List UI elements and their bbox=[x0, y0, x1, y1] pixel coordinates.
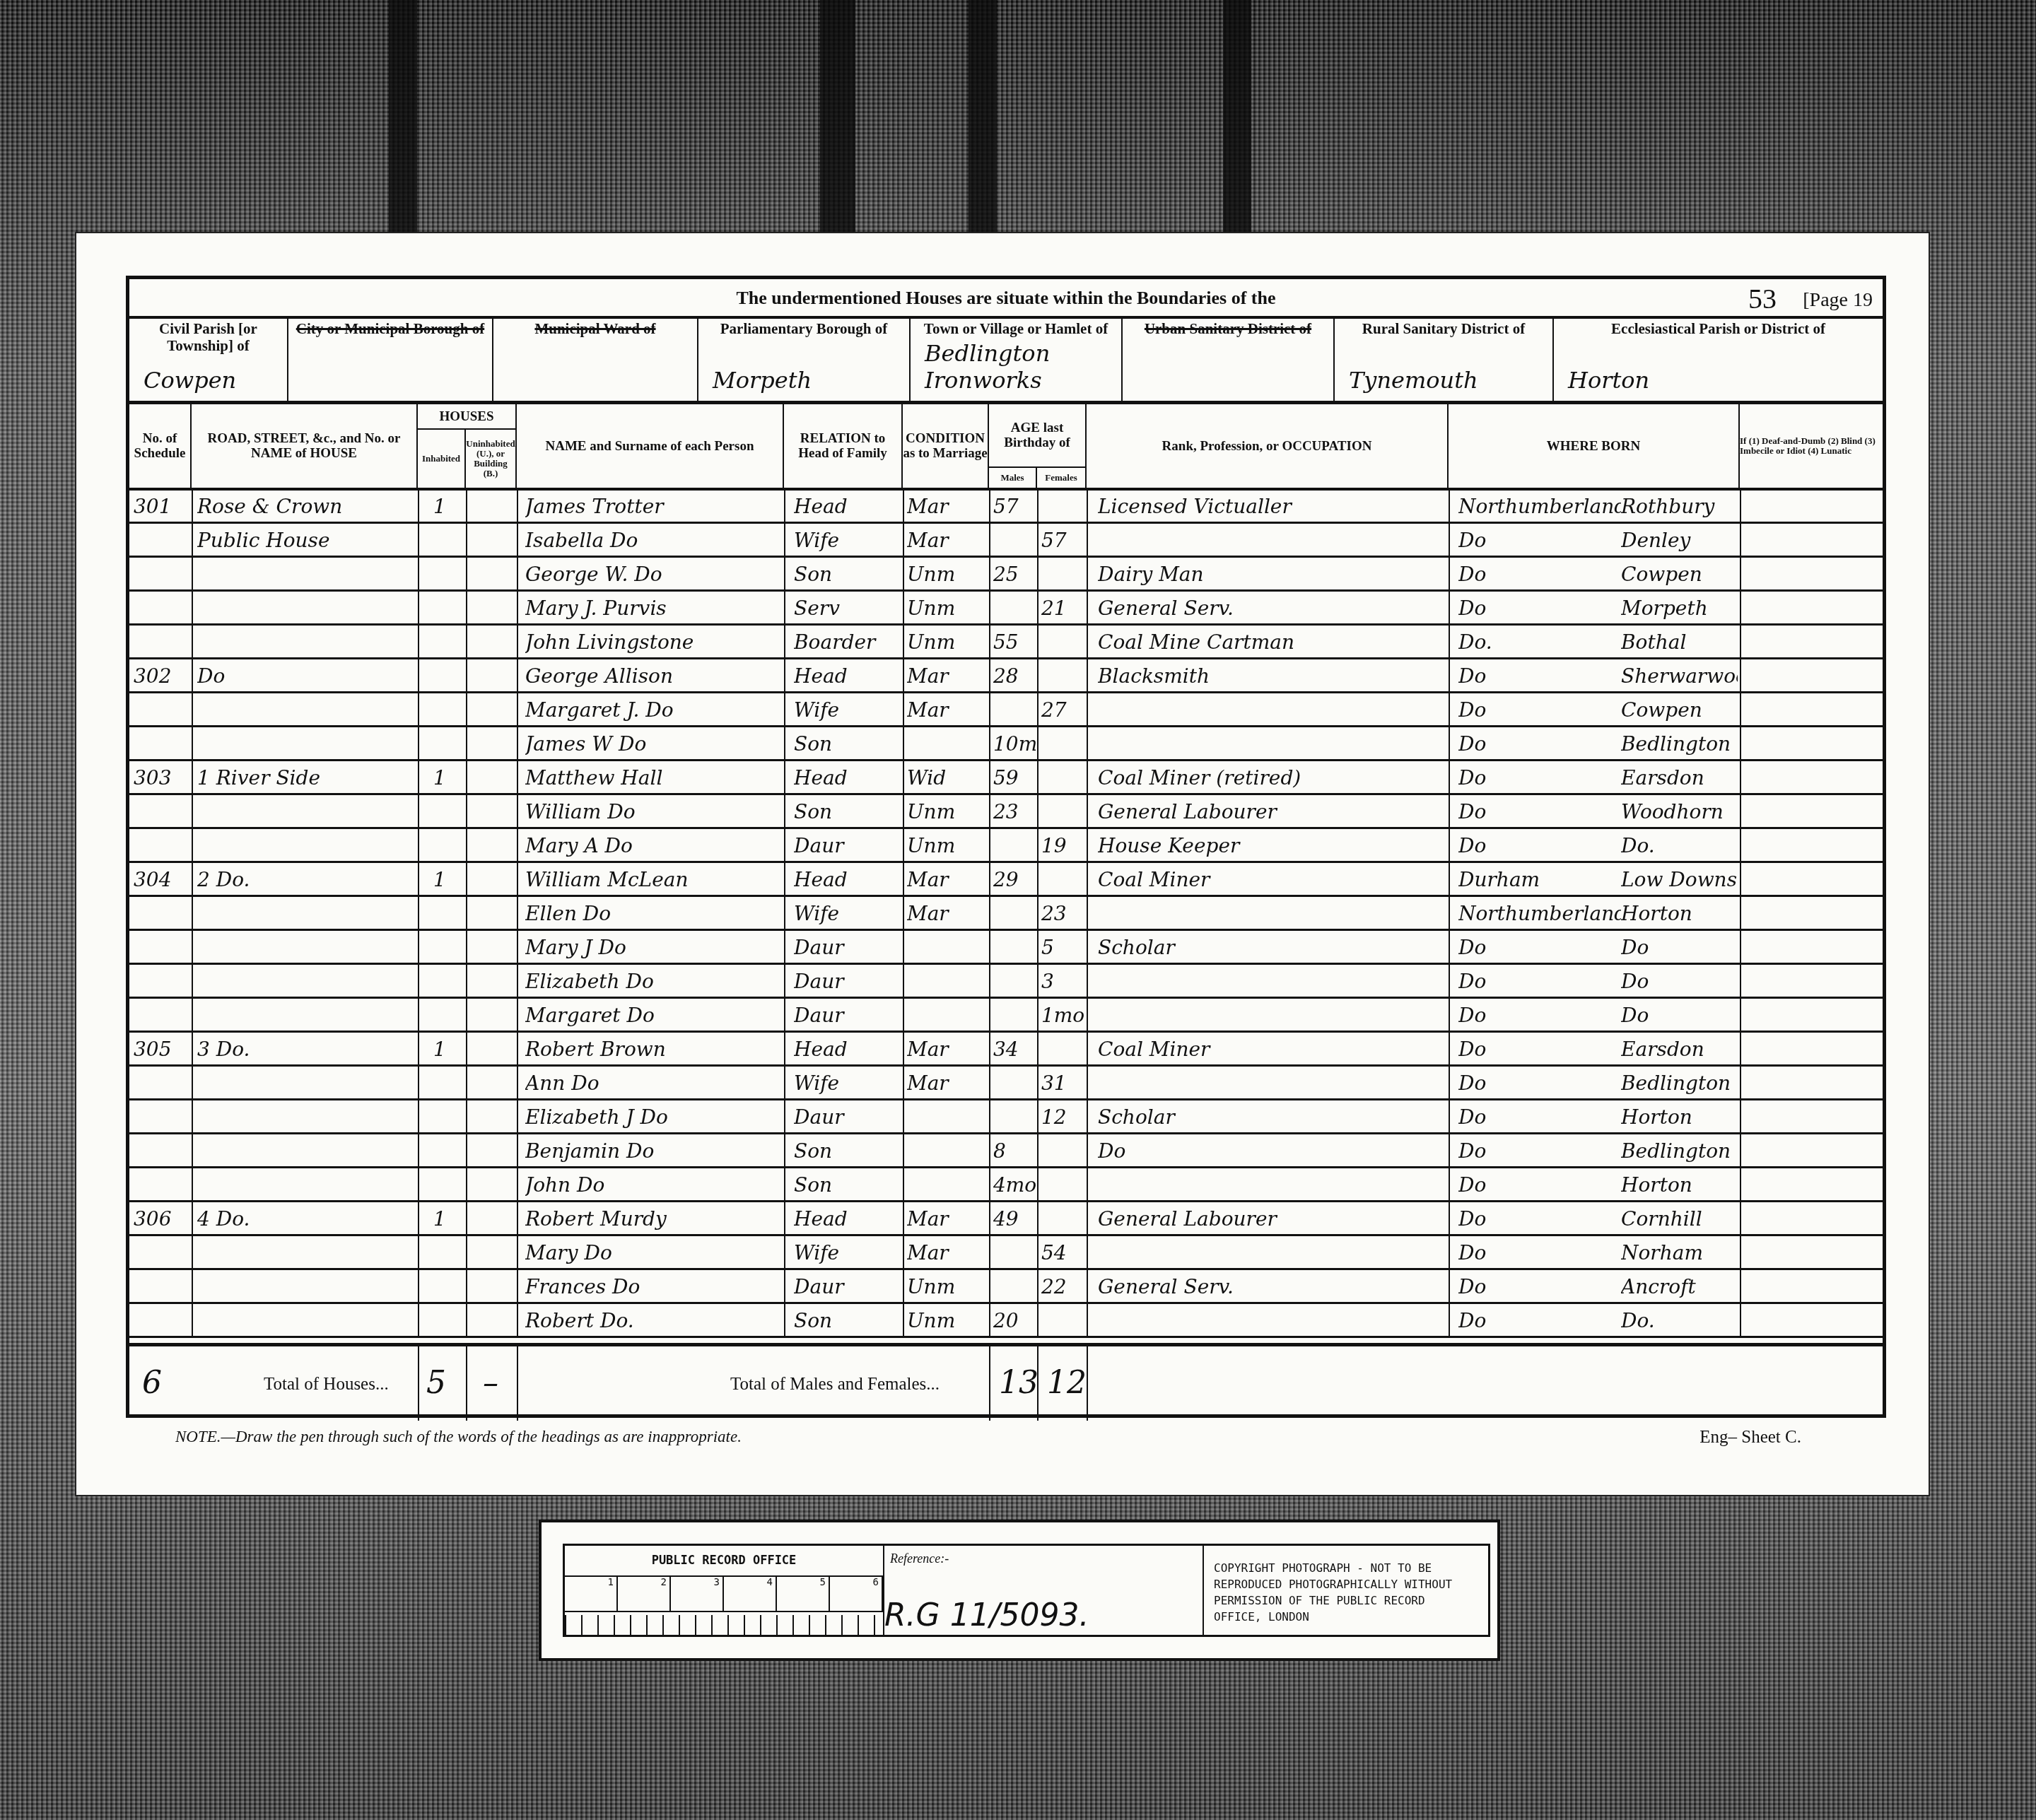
cell-name: Isabella Do bbox=[525, 522, 780, 557]
cell-condition: Mar bbox=[907, 1031, 985, 1066]
cell-male-age bbox=[993, 1234, 1036, 1269]
cell-male-age: 25 bbox=[993, 556, 1036, 591]
table-row: Ann DoWifeMar31DoBedlington bbox=[129, 1064, 1883, 1100]
total-males: 13 bbox=[999, 1365, 1039, 1401]
cell-relation: Head bbox=[794, 1200, 900, 1235]
table-row: James W DoSon10moDoBedlington bbox=[129, 725, 1883, 761]
cell-uninhabited bbox=[472, 623, 514, 659]
cell-born-county: Do bbox=[1458, 1031, 1621, 1066]
boundary-value: Morpeth bbox=[713, 367, 812, 394]
cell-born-place: Earsdon bbox=[1621, 1031, 1738, 1066]
cell-relation: Son bbox=[794, 793, 900, 828]
cell-schedule bbox=[134, 589, 190, 625]
cell-born-county: Do bbox=[1458, 1166, 1621, 1202]
cell-name: Mary Do bbox=[525, 1234, 780, 1269]
cell-road: 2 Do. bbox=[197, 861, 416, 896]
cell-born-county: Do bbox=[1458, 1132, 1621, 1168]
cell-condition bbox=[907, 997, 985, 1032]
header-condition: CONDITION as to Marriage bbox=[903, 404, 989, 488]
cell-name: Robert Do. bbox=[525, 1302, 780, 1337]
cell-occupation: House Keeper bbox=[1098, 827, 1444, 862]
cell-condition: Unm bbox=[907, 793, 985, 828]
cell-name: William Do bbox=[525, 793, 780, 828]
cell-uninhabited bbox=[472, 488, 514, 523]
cell-relation: Head bbox=[794, 488, 900, 523]
cell-relation: Son bbox=[794, 556, 900, 591]
cell-male-age: 49 bbox=[993, 1200, 1036, 1235]
divider bbox=[989, 1346, 990, 1421]
cell-condition: Mar bbox=[907, 1200, 985, 1235]
cell-born-place: Do bbox=[1621, 963, 1738, 998]
cell-female-age bbox=[1041, 556, 1084, 591]
cell-road bbox=[197, 963, 416, 998]
cell-road: Rose & Crown bbox=[197, 488, 416, 523]
cell-schedule bbox=[134, 522, 190, 557]
table-row: 3064 Do.1Robert MurdyHeadMar49General La… bbox=[129, 1200, 1883, 1236]
cell-condition: Mar bbox=[907, 488, 985, 523]
cell-occupation: General Serv. bbox=[1098, 589, 1444, 625]
cell-uninhabited bbox=[472, 691, 514, 727]
cell-road bbox=[197, 793, 416, 828]
cell-road bbox=[197, 623, 416, 659]
cell-name: James Trotter bbox=[525, 488, 780, 523]
boundary-heading: Civil Parish [or Township] of bbox=[129, 316, 287, 354]
cell-inhabited bbox=[433, 1098, 462, 1134]
cell-uninhabited bbox=[472, 1200, 514, 1235]
cell-male-age bbox=[993, 1268, 1036, 1303]
boundary-value: Cowpen bbox=[144, 367, 236, 394]
cell-inhabited bbox=[433, 556, 462, 591]
cell-relation: Head bbox=[794, 759, 900, 794]
cell-name: Ann Do bbox=[525, 1064, 780, 1100]
ruler-number: 3 bbox=[671, 1577, 724, 1611]
cell-male-age: 29 bbox=[993, 861, 1036, 896]
cell-schedule bbox=[134, 1098, 190, 1134]
cell-schedule bbox=[134, 725, 190, 761]
cell-condition bbox=[907, 963, 985, 998]
cell-relation: Wife bbox=[794, 522, 900, 557]
cell-condition: Unm bbox=[907, 589, 985, 625]
table-row: Mary A DoDaurUnm19House KeeperDoDo. bbox=[129, 827, 1883, 863]
cell-road bbox=[197, 691, 416, 727]
cell-name: Benjamin Do bbox=[525, 1132, 780, 1168]
total-inhabited: 5 bbox=[426, 1365, 446, 1401]
cell-male-age: 57 bbox=[993, 488, 1036, 523]
cell-born-place: Horton bbox=[1621, 1098, 1738, 1134]
cell-female-age bbox=[1041, 623, 1084, 659]
cell-born-county: Do bbox=[1458, 929, 1621, 964]
divider bbox=[1037, 1346, 1039, 1421]
cell-road bbox=[197, 929, 416, 964]
ruler-number: 5 bbox=[777, 1577, 830, 1611]
cell-road: 1 River Side bbox=[197, 759, 416, 794]
header-age: AGE last Birthday of bbox=[989, 404, 1087, 468]
cell-female-age bbox=[1041, 488, 1084, 523]
cell-relation: Son bbox=[794, 1166, 900, 1202]
cell-relation: Wife bbox=[794, 1064, 900, 1100]
cell-male-age bbox=[993, 963, 1036, 998]
cell-female-age bbox=[1041, 793, 1084, 828]
cell-female-age bbox=[1041, 1166, 1084, 1202]
header-uninhabited: Uninhabited (U.), or Building (B.) bbox=[466, 430, 517, 488]
cell-inhabited bbox=[433, 929, 462, 964]
page-label: [Page 19 bbox=[1803, 289, 1873, 312]
table-row: Elizabeth J DoDaur12ScholarDoHorton bbox=[129, 1098, 1883, 1134]
table-row: 3042 Do.1William McLeanHeadMar29Coal Min… bbox=[129, 861, 1883, 897]
reference-label: Reference:- bbox=[890, 1551, 949, 1566]
cell-relation: Daur bbox=[794, 963, 900, 998]
boundary-cell: Parliamentary Borough ofMorpeth bbox=[698, 316, 911, 401]
cell-born-county: Do bbox=[1458, 725, 1621, 761]
cell-inhabited bbox=[433, 1166, 462, 1202]
cell-inhabited: 1 bbox=[433, 1200, 462, 1235]
table-row: William DoSonUnm23General LabourerDoWood… bbox=[129, 793, 1883, 829]
cell-condition: Unm bbox=[907, 623, 985, 659]
cell-condition bbox=[907, 1166, 985, 1202]
cell-occupation bbox=[1098, 997, 1444, 1032]
cell-relation: Head bbox=[794, 1031, 900, 1066]
cell-inhabited bbox=[433, 963, 462, 998]
cell-road: 3 Do. bbox=[197, 1031, 416, 1066]
cell-born-county: Do bbox=[1458, 1268, 1621, 1303]
cell-relation: Son bbox=[794, 725, 900, 761]
boundary-cell: Rural Sanitary District ofTynemouth bbox=[1335, 316, 1554, 401]
cell-inhabited bbox=[433, 1132, 462, 1168]
cell-schedule bbox=[134, 691, 190, 727]
cell-condition: Mar bbox=[907, 691, 985, 727]
boundary-heading: Municipal Ward of bbox=[493, 316, 697, 337]
cell-schedule: 303 bbox=[134, 759, 190, 794]
cell-male-age: 23 bbox=[993, 793, 1036, 828]
cell-road bbox=[197, 1268, 416, 1303]
cell-uninhabited bbox=[472, 793, 514, 828]
cell-born-place: Ancroft bbox=[1621, 1268, 1738, 1303]
ruler-number: 2 bbox=[618, 1577, 671, 1611]
table-row: Ellen DoWifeMar23Northumberland,Horton bbox=[129, 895, 1883, 931]
cell-uninhabited bbox=[472, 657, 514, 693]
cell-condition: Mar bbox=[907, 1234, 985, 1269]
cell-female-age bbox=[1041, 1302, 1084, 1337]
cell-male-age: 28 bbox=[993, 657, 1036, 693]
cell-male-age bbox=[993, 1064, 1036, 1100]
cell-uninhabited bbox=[472, 1064, 514, 1100]
cell-road bbox=[197, 556, 416, 591]
cell-name: Frances Do bbox=[525, 1268, 780, 1303]
cell-name: George W. Do bbox=[525, 556, 780, 591]
cell-occupation bbox=[1098, 522, 1444, 557]
reference-block: Reference:- R.G 11/5093. bbox=[884, 1546, 1204, 1635]
cell-male-age: 4mo bbox=[993, 1166, 1036, 1202]
cell-occupation bbox=[1098, 1064, 1444, 1100]
cell-born-county: Do. bbox=[1458, 623, 1621, 659]
cell-schedule bbox=[134, 1166, 190, 1202]
table-row: Mary J DoDaur5ScholarDoDo bbox=[129, 929, 1883, 965]
cell-uninhabited bbox=[472, 1132, 514, 1168]
cell-condition: Mar bbox=[907, 861, 985, 896]
header-males: Males bbox=[989, 468, 1037, 488]
cell-inhabited: 1 bbox=[433, 1031, 462, 1066]
ruler-number: 1 bbox=[565, 1577, 618, 1611]
cell-born-county: Do bbox=[1458, 793, 1621, 828]
cell-uninhabited bbox=[472, 963, 514, 998]
table-row: Mary DoWifeMar54DoNorham bbox=[129, 1234, 1883, 1270]
cell-born-county: Do bbox=[1458, 589, 1621, 625]
table-row: Public HouseIsabella DoWifeMar57DoDenley bbox=[129, 522, 1883, 558]
boundary-heading: Parliamentary Borough of bbox=[698, 316, 909, 337]
cell-relation: Son bbox=[794, 1132, 900, 1168]
scan-shadow bbox=[389, 0, 417, 269]
cell-inhabited: 1 bbox=[433, 488, 462, 523]
boundary-cell: Urban Sanitary District of bbox=[1123, 316, 1335, 401]
cell-male-age bbox=[993, 589, 1036, 625]
title-row: The undermentioned Houses are situate wi… bbox=[129, 279, 1883, 319]
cell-road: Public House bbox=[197, 522, 416, 557]
cell-occupation: Scholar bbox=[1098, 1098, 1444, 1134]
boundary-value: Bedlington Ironworks bbox=[925, 340, 1121, 394]
cell-name: Ellen Do bbox=[525, 895, 780, 930]
cell-relation: Daur bbox=[794, 997, 900, 1032]
cell-condition: Mar bbox=[907, 522, 985, 557]
cell-name: John Livingstone bbox=[525, 623, 780, 659]
cell-road bbox=[197, 827, 416, 862]
cell-name: Matthew Hall bbox=[525, 759, 780, 794]
cell-born-place: Horton bbox=[1621, 1166, 1738, 1202]
divider bbox=[1087, 1346, 1088, 1421]
cell-uninhabited bbox=[472, 895, 514, 930]
cell-road bbox=[197, 1302, 416, 1337]
cell-occupation: General Serv. bbox=[1098, 1268, 1444, 1303]
cell-occupation: Coal Miner bbox=[1098, 1031, 1444, 1066]
cell-uninhabited bbox=[472, 827, 514, 862]
boundary-heading: Urban Sanitary District of bbox=[1123, 316, 1333, 337]
cell-road: 4 Do. bbox=[197, 1200, 416, 1235]
record-office-title: PUBLIC RECORD OFFICE bbox=[565, 1546, 883, 1577]
cell-relation: Daur bbox=[794, 1268, 900, 1303]
cell-inhabited bbox=[433, 895, 462, 930]
copyright-notice: COPYRIGHT PHOTOGRAPH - NOT TO BE REPRODU… bbox=[1204, 1546, 1488, 1635]
table-row: John DoSon4moDoHorton bbox=[129, 1166, 1883, 1202]
ruler-number: 4 bbox=[724, 1577, 777, 1611]
boundary-cell: Civil Parish [or Township] ofCowpen bbox=[129, 316, 288, 401]
cell-relation: Head bbox=[794, 657, 900, 693]
cell-inhabited: 1 bbox=[433, 861, 462, 896]
cell-name: Elizabeth Do bbox=[525, 963, 780, 998]
cell-inhabited bbox=[433, 657, 462, 693]
cell-road bbox=[197, 589, 416, 625]
cell-born-place: Do. bbox=[1621, 1302, 1738, 1337]
cell-occupation bbox=[1098, 1302, 1444, 1337]
table-row: 3053 Do.1Robert BrownHeadMar34Coal Miner… bbox=[129, 1031, 1883, 1067]
cell-male-age bbox=[993, 827, 1036, 862]
header-name: NAME and Surname of each Person bbox=[517, 404, 784, 488]
cell-female-age: 57 bbox=[1041, 522, 1084, 557]
cell-name: Mary J. Purvis bbox=[525, 589, 780, 625]
cell-born-place: Bothal bbox=[1621, 623, 1738, 659]
cell-uninhabited bbox=[472, 589, 514, 625]
cell-occupation bbox=[1098, 691, 1444, 727]
cell-female-age: 54 bbox=[1041, 1234, 1084, 1269]
record-office-stamp: PUBLIC RECORD OFFICE 123456 Reference:- … bbox=[539, 1520, 1500, 1661]
cell-occupation bbox=[1098, 1166, 1444, 1202]
header-relation: RELATION to Head of Family bbox=[784, 404, 903, 488]
cell-inhabited bbox=[433, 623, 462, 659]
cell-road bbox=[197, 895, 416, 930]
cell-inhabited bbox=[433, 827, 462, 862]
cell-uninhabited bbox=[472, 1234, 514, 1269]
total-houses-label: Total of Houses... bbox=[264, 1375, 389, 1395]
total-schedules: 6 bbox=[142, 1365, 162, 1401]
header-occupation: Rank, Profession, or OCCUPATION bbox=[1087, 404, 1449, 488]
cell-occupation: Licensed Victualler bbox=[1098, 488, 1444, 523]
cell-occupation: Coal Miner (retired) bbox=[1098, 759, 1444, 794]
cell-female-age: 22 bbox=[1041, 1268, 1084, 1303]
cell-uninhabited bbox=[472, 929, 514, 964]
cell-name: William McLean bbox=[525, 861, 780, 896]
cell-condition: Mar bbox=[907, 895, 985, 930]
cell-uninhabited bbox=[472, 522, 514, 557]
cell-born-county: Do bbox=[1458, 657, 1621, 693]
cell-name: George Allison bbox=[525, 657, 780, 693]
cell-male-age bbox=[993, 929, 1036, 964]
cell-born-county: Northumberland bbox=[1458, 488, 1621, 523]
cell-relation: Daur bbox=[794, 929, 900, 964]
cell-relation: Daur bbox=[794, 1098, 900, 1134]
cell-road bbox=[197, 1064, 416, 1100]
cell-condition: Unm bbox=[907, 1268, 985, 1303]
header-infirmity: If (1) Deaf-and-Dumb (2) Blind (3) Imbec… bbox=[1740, 404, 1883, 488]
cell-uninhabited bbox=[472, 1098, 514, 1134]
table-row: Margaret J. DoWifeMar27DoCowpen bbox=[129, 691, 1883, 727]
cell-born-county: Do bbox=[1458, 691, 1621, 727]
cell-female-age: 21 bbox=[1041, 589, 1084, 625]
cell-born-county: Do bbox=[1458, 997, 1621, 1032]
cell-female-age: 23 bbox=[1041, 895, 1084, 930]
cell-female-age bbox=[1041, 1200, 1084, 1235]
boundary-heading: City or Municipal Borough of bbox=[288, 316, 492, 337]
cell-male-age: 10mo bbox=[993, 725, 1036, 761]
cell-occupation bbox=[1098, 963, 1444, 998]
cell-male-age: 59 bbox=[993, 759, 1036, 794]
cell-schedule bbox=[134, 1268, 190, 1303]
cell-born-county: Do bbox=[1458, 963, 1621, 998]
cell-occupation: Coal Miner bbox=[1098, 861, 1444, 896]
cell-schedule bbox=[134, 1132, 190, 1168]
cell-road bbox=[197, 997, 416, 1032]
cell-schedule bbox=[134, 556, 190, 591]
totals-row: 6 Total of Houses... 5 – Total of Males … bbox=[129, 1343, 1883, 1421]
header-houses: HOUSES bbox=[418, 404, 517, 430]
table-row: Elizabeth DoDaur3DoDo bbox=[129, 963, 1883, 999]
header-females: Females bbox=[1037, 468, 1087, 488]
scan-shadow bbox=[969, 0, 997, 269]
scan-shadow bbox=[820, 0, 855, 269]
boundary-cell: City or Municipal Borough of bbox=[288, 316, 493, 401]
cell-schedule bbox=[134, 623, 190, 659]
cell-born-place: Do bbox=[1621, 997, 1738, 1032]
cell-occupation: General Labourer bbox=[1098, 793, 1444, 828]
cell-uninhabited bbox=[472, 1268, 514, 1303]
table-row: 301Rose & Crown1James TrotterHeadMar57Li… bbox=[129, 488, 1883, 524]
cell-female-age: 19 bbox=[1041, 827, 1084, 862]
cell-name: Mary A Do bbox=[525, 827, 780, 862]
cell-name: Margaret Do bbox=[525, 997, 780, 1032]
cell-relation: Serv bbox=[794, 589, 900, 625]
header-schedule: No. of Schedule bbox=[129, 404, 192, 488]
cell-schedule bbox=[134, 793, 190, 828]
table-row: John LivingstoneBoarderUnm55Coal Mine Ca… bbox=[129, 623, 1883, 659]
cell-born-county: Do bbox=[1458, 759, 1621, 794]
cell-inhabited bbox=[433, 1302, 462, 1337]
cell-born-place: Bedlington bbox=[1621, 1132, 1738, 1168]
boundary-cell: Municipal Ward of bbox=[493, 316, 698, 401]
cell-inhabited bbox=[433, 725, 462, 761]
cell-born-county: Do bbox=[1458, 1200, 1621, 1235]
cell-uninhabited bbox=[472, 759, 514, 794]
cell-female-age: 12 bbox=[1041, 1098, 1084, 1134]
cell-relation: Wife bbox=[794, 1234, 900, 1269]
cell-schedule bbox=[134, 997, 190, 1032]
cell-inhabited bbox=[433, 793, 462, 828]
cell-name: Robert Brown bbox=[525, 1031, 780, 1066]
cell-schedule bbox=[134, 1302, 190, 1337]
scan-shadow bbox=[1223, 0, 1251, 269]
cell-born-place: Cornhill bbox=[1621, 1200, 1738, 1235]
cell-inhabited bbox=[433, 1268, 462, 1303]
cell-born-county: Do bbox=[1458, 1234, 1621, 1269]
cell-female-age: 31 bbox=[1041, 1064, 1084, 1100]
cell-born-place: Cowpen bbox=[1621, 691, 1738, 727]
cell-born-place: Bedlington bbox=[1621, 725, 1738, 761]
cell-relation: Wife bbox=[794, 691, 900, 727]
header-where-born: WHERE BORN bbox=[1449, 404, 1740, 488]
cell-inhabited bbox=[433, 691, 462, 727]
table-row: Mary J. PurvisServUnm21General Serv.DoMo… bbox=[129, 589, 1883, 626]
cell-occupation: Scholar bbox=[1098, 929, 1444, 964]
cell-name: Elizabeth J Do bbox=[525, 1098, 780, 1134]
cell-born-county: Durham bbox=[1458, 861, 1621, 896]
cell-uninhabited bbox=[472, 861, 514, 896]
header-road: ROAD, STREET, &c., and No. or NAME of HO… bbox=[192, 404, 418, 488]
folio-number: 53 bbox=[1748, 282, 1777, 315]
cell-relation: Boarder bbox=[794, 623, 900, 659]
cell-condition: Unm bbox=[907, 827, 985, 862]
cell-schedule: 304 bbox=[134, 861, 190, 896]
cell-condition: Mar bbox=[907, 1064, 985, 1100]
cell-male-age bbox=[993, 522, 1036, 557]
cell-female-age bbox=[1041, 1132, 1084, 1168]
cell-condition: Mar bbox=[907, 657, 985, 693]
boundary-value: Tynemouth bbox=[1349, 367, 1478, 394]
cell-born-place: Low Downs bbox=[1621, 861, 1738, 896]
cell-male-age: 34 bbox=[993, 1031, 1036, 1066]
cell-born-county: Northumberland, bbox=[1458, 895, 1621, 930]
cell-name: James W Do bbox=[525, 725, 780, 761]
sheet-label: Eng– Sheet C. bbox=[1699, 1428, 1801, 1448]
cell-born-county: Do bbox=[1458, 1098, 1621, 1134]
boundary-cell: Town or Village or Hamlet ofBedlington I… bbox=[911, 316, 1123, 401]
cell-male-age: 55 bbox=[993, 623, 1036, 659]
cell-uninhabited bbox=[472, 725, 514, 761]
boundary-heading: Rural Sanitary District of bbox=[1335, 316, 1552, 337]
cell-schedule bbox=[134, 1064, 190, 1100]
cell-condition bbox=[907, 1132, 985, 1168]
cell-condition: Wid bbox=[907, 759, 985, 794]
cell-born-place: Denley bbox=[1621, 522, 1738, 557]
cell-female-age bbox=[1041, 725, 1084, 761]
cell-condition bbox=[907, 1098, 985, 1134]
cell-inhabited bbox=[433, 589, 462, 625]
cell-inhabited: 1 bbox=[433, 759, 462, 794]
